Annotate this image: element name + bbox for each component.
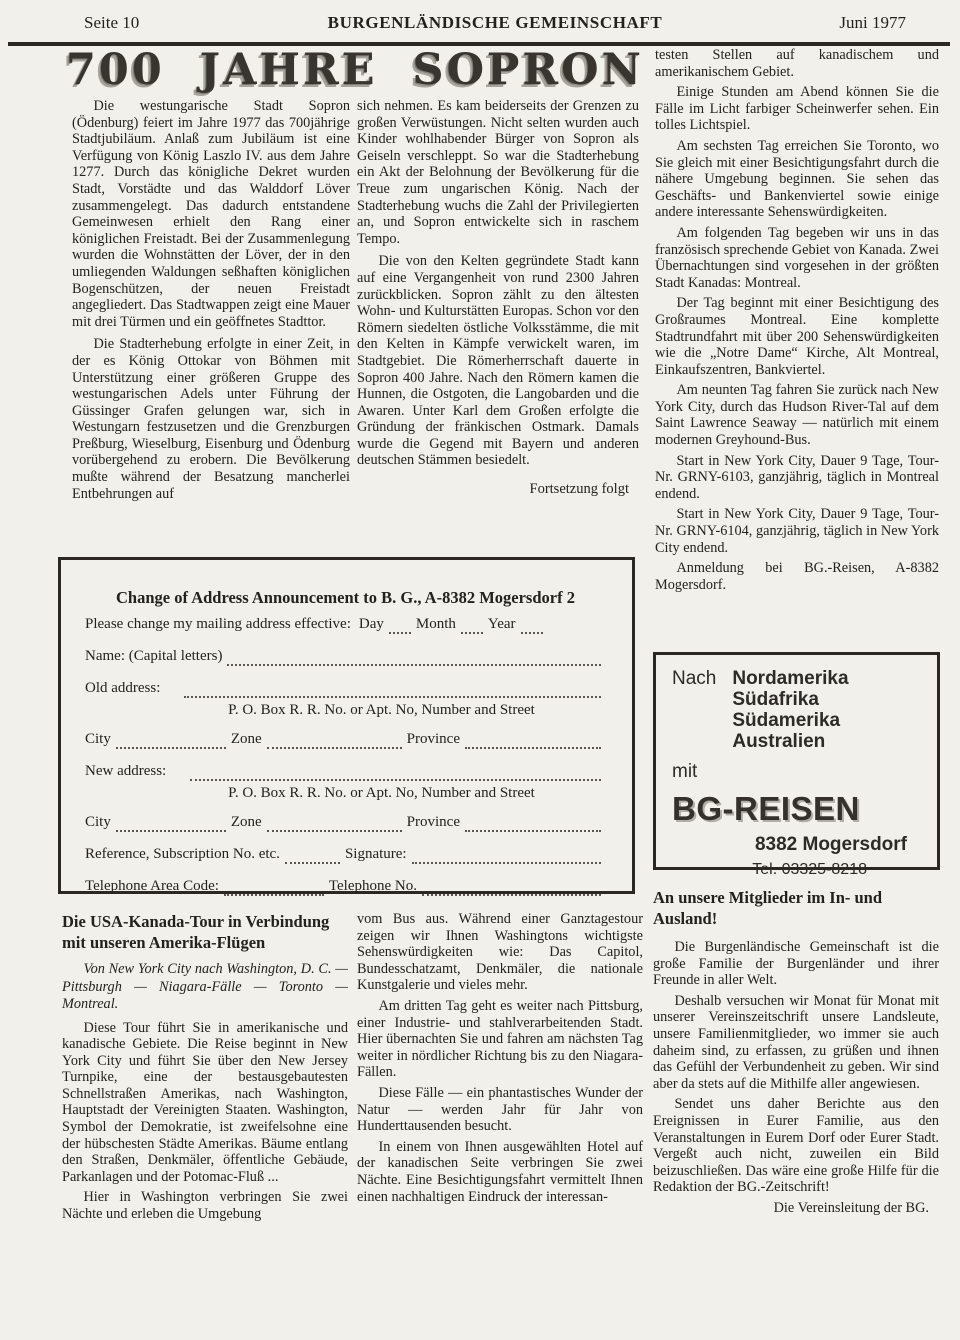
members-paragraph: Die Burgenländische Gemeinschaft ist die… [653,939,939,989]
ad-destinations-row: Nach Nordamerika Südafrika Südamerika Au… [672,668,923,752]
dotted-blank-area-code [224,881,324,896]
members-heading: An unsere Mitglieder im In- und Ausland! [653,887,939,929]
members-paragraph: Sendet uns daher Berichte aus den Ereign… [653,1096,939,1196]
tour-paragraph: vom Bus aus. Während einer Ganztagestour… [357,911,643,994]
dotted-blank-reference [285,849,340,864]
signature-label: Signature: [345,844,407,864]
page-header: Seite 10 BURGENLÄNDISCHE GEMEINSCHAFT Ju… [84,13,906,37]
dotted-blank-year [521,619,543,634]
year-label: Year [488,614,516,634]
ad-nach-label: Nach [672,668,716,752]
form-city-row-new: City Zone Province [85,812,606,832]
city-label: City [85,812,111,832]
ad-destination: Australien [732,731,848,752]
city-label: City [85,729,111,749]
ad-destination: Südafrika [732,689,848,710]
tour-paragraph: Der Tag beginnt mit einer Besichtigung d… [655,295,939,378]
tour-paragraph: testen Stellen auf kanadischem und ameri… [655,47,939,80]
dotted-blank-province [465,817,601,832]
tour-paragraph: In einem von Ihnen ausgewählten Hotel au… [357,1139,643,1205]
tour-paragraph: Am neunten Tag fahren Sie zurück nach Ne… [655,382,939,448]
form-telephone-row: Telephone Area Code: Telephone No. [85,876,606,896]
newspaper-page: Seite 10 BURGENLÄNDISCHE GEMEINSCHAFT Ju… [0,0,960,1340]
ad-mit-label: mit [672,761,923,783]
usa-tour-heading: Die USA-Kanada-Tour in Verbindung mit un… [62,911,348,953]
tour-paragraph: Am dritten Tag geht es weiter nach Pitts… [357,998,643,1081]
issue-date: Juni 1977 [839,13,906,33]
canada-tour-column: testen Stellen auf kanadischem und ameri… [655,47,939,649]
tour-paragraph: Start in New York City, Dauer 9 Tage, To… [655,506,939,556]
tour-paragraph: Hier in Washington verbringen Sie zwei N… [62,1189,348,1222]
dotted-blank-phone-number [422,881,601,896]
form-old-address-row: Old address: [85,678,606,698]
address-caption: P. O. Box R. R. No. or Apt. No, Number a… [85,783,606,803]
zone-label: Zone [231,812,262,832]
dotted-blank-zone [267,817,402,832]
bg-reisen-logo: BG-REISEN [672,790,923,828]
members-paragraph: Deshalb versuchen wir Monat für Monat mi… [653,993,939,1093]
tour-paragraph: Am sechsten Tag erreichen Sie Toronto, w… [655,138,939,221]
sopron-article-column-1: Die westungarische Stadt Sopron (Ödenbur… [72,98,350,558]
ad-destination-list: Nordamerika Südafrika Südamerika Austral… [732,668,848,752]
tour-paragraph: Diese Fälle — ein phantastisches Wunder … [357,1085,643,1135]
members-signoff: Die Vereinsleitung der BG. [653,1200,939,1217]
name-label: Name: (Capital letters) [85,646,222,666]
dotted-blank-name [227,651,601,666]
province-label: Province [407,812,460,832]
ad-address: 8382 Mogersdorf [672,834,923,856]
article-paragraph: Die Stadterhebung erfolgte in einer Zeit… [72,336,350,502]
article-paragraph: sich nehmen. Es kam beiderseits der Gren… [357,98,639,247]
tour-paragraph: Diese Tour führt Sie in amerikanische un… [62,1020,348,1186]
sopron-headline: 700 JAHRE SOPRON [66,47,638,93]
ad-destination: Nordamerika [732,668,848,689]
tour-paragraph: Start in New York City, Dauer 9 Tage, To… [655,453,939,503]
day-label: Day [359,614,384,634]
new-address-label: New address: [85,761,166,781]
phone-number-label: Telephone No. [329,876,417,896]
address-caption: P. O. Box R. R. No. or Apt. No, Number a… [85,700,606,720]
form-new-address-row: New address: [85,761,606,781]
form-reference-row: Reference, Subscription No. etc. Signatu… [85,844,606,864]
dotted-blank-new-address [190,766,601,781]
form-city-row-old: City Zone Province [85,729,606,749]
dotted-blank-city [116,734,226,749]
reference-label: Reference, Subscription No. etc. [85,844,280,864]
dotted-blank-day [389,619,411,634]
tour-paragraph: Am folgenden Tag begeben wir uns in das … [655,225,939,291]
members-notice-column: An unsere Mitglieder im In- und Ausland!… [653,887,939,1217]
ad-destination: Südamerika [732,710,848,731]
dotted-blank-zone [267,734,402,749]
dotted-blank-old-address [184,683,601,698]
old-address-label: Old address: [85,678,160,698]
dotted-blank-month [461,619,483,634]
usa-tour-column-1: Die USA-Kanada-Tour in Verbindung mit un… [62,911,348,1227]
dotted-blank-province [465,734,601,749]
form-title: Change of Address Announcement to B. G.,… [85,588,606,608]
masthead-title: BURGENLÄNDISCHE GEMEINSCHAFT [84,13,906,33]
effective-label: Please change my mailing address effecti… [85,614,351,634]
continuation-note: Fortsetzung folgt [357,481,639,498]
month-label: Month [416,614,456,634]
tour-paragraph: Einige Stunden am Abend können Sie die F… [655,84,939,134]
article-paragraph: Die westungarische Stadt Sopron (Ödenbur… [72,98,350,330]
dotted-blank-signature [412,849,601,864]
area-code-label: Telephone Area Code: [85,876,219,896]
usa-tour-route: Von New York City nach Washington, D. C.… [62,961,348,1014]
sopron-article-column-2: sich nehmen. Es kam beiderseits der Gren… [357,98,639,558]
ad-phone: Tel. 03325-8218 [672,861,923,879]
usa-tour-column-2: vom Bus aus. Während einer Ganztagestour… [357,911,643,1209]
article-paragraph: Die von den Kelten gegründete Stadt kann… [357,253,639,469]
form-name-row: Name: (Capital letters) [85,646,606,666]
form-effective-row: Please change my mailing address effecti… [85,614,606,634]
province-label: Province [407,729,460,749]
bg-reisen-ad: Nach Nordamerika Südafrika Südamerika Au… [653,652,940,870]
dotted-blank-city [116,817,226,832]
tour-paragraph: Anmeldung bei BG.-Reisen, A-8382 Mogersd… [655,560,939,593]
address-change-form: Change of Address Announcement to B. G.,… [58,557,635,894]
zone-label: Zone [231,729,262,749]
